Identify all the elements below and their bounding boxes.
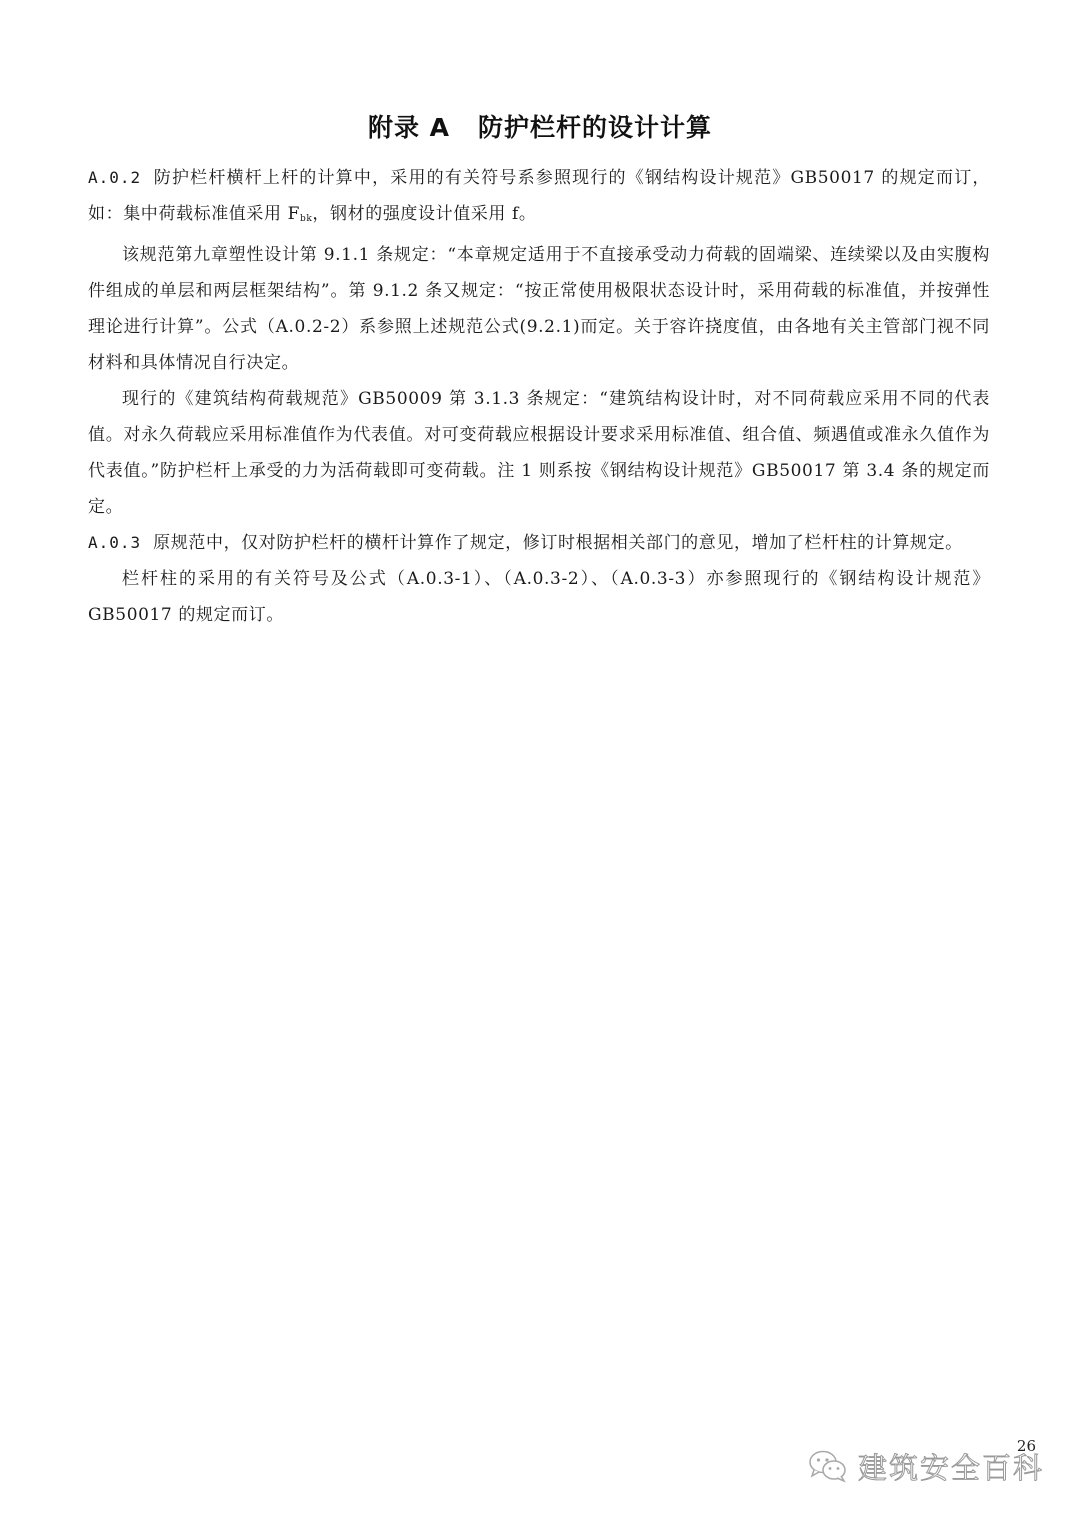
document-body: A.0.2防护栏杆横杆上杆的计算中，采用的有关符号系参照现行的《钢结构设计规范》… (88, 160, 990, 633)
clause-number: A.0.2 (88, 168, 141, 187)
clause-a02-paragraph-1: A.0.2防护栏杆横杆上杆的计算中，采用的有关符号系参照现行的《钢结构设计规范》… (88, 160, 990, 237)
wechat-icon (808, 1449, 848, 1483)
clause-a03-paragraph-2: 栏杆柱的采用的有关符号及公式（A.0.3-1）、（A.0.3-2）、（A.0.3… (88, 561, 990, 633)
appendix-label: 附录 A (368, 113, 450, 142)
paragraph-text: 原规范中，仅对防护栏杆的横杆计算作了规定，修订时根据相关部门的意见，增加了栏杆柱… (153, 533, 963, 553)
paragraph-text: ，钢材的强度设计值采用 f。 (312, 204, 536, 224)
document-page: 附录 A防护栏杆的设计计算 A.0.2防护栏杆横杆上杆的计算中，采用的有关符号系… (0, 0, 1080, 1527)
clause-a02-paragraph-3: 现行的《建筑结构荷载规范》GB50009 第 3.1.3 条规定：“建筑结构设计… (88, 381, 990, 525)
paragraph-text: 防护栏杆横杆上杆的计算中，采用的有关符号系参照现行的《钢结构设计规范》GB500… (88, 168, 990, 224)
clause-number: A.0.3 (88, 533, 141, 552)
clause-a03-paragraph-1: A.0.3原规范中，仅对防护栏杆的横杆计算作了规定，修订时根据相关部门的意见，增… (88, 525, 990, 561)
page-title: 附录 A防护栏杆的设计计算 (0, 108, 1080, 144)
watermark: 建筑安全百科 (808, 1441, 1044, 1491)
clause-a02-paragraph-2: 该规范第九章塑性设计第 9.1.1 条规定：“本章规定适用于不直接承受动力荷载的… (88, 237, 990, 381)
subscript: bk (300, 214, 312, 224)
watermark-text: 建筑安全百科 (858, 1446, 1044, 1487)
appendix-title: 防护栏杆的设计计算 (478, 113, 712, 142)
